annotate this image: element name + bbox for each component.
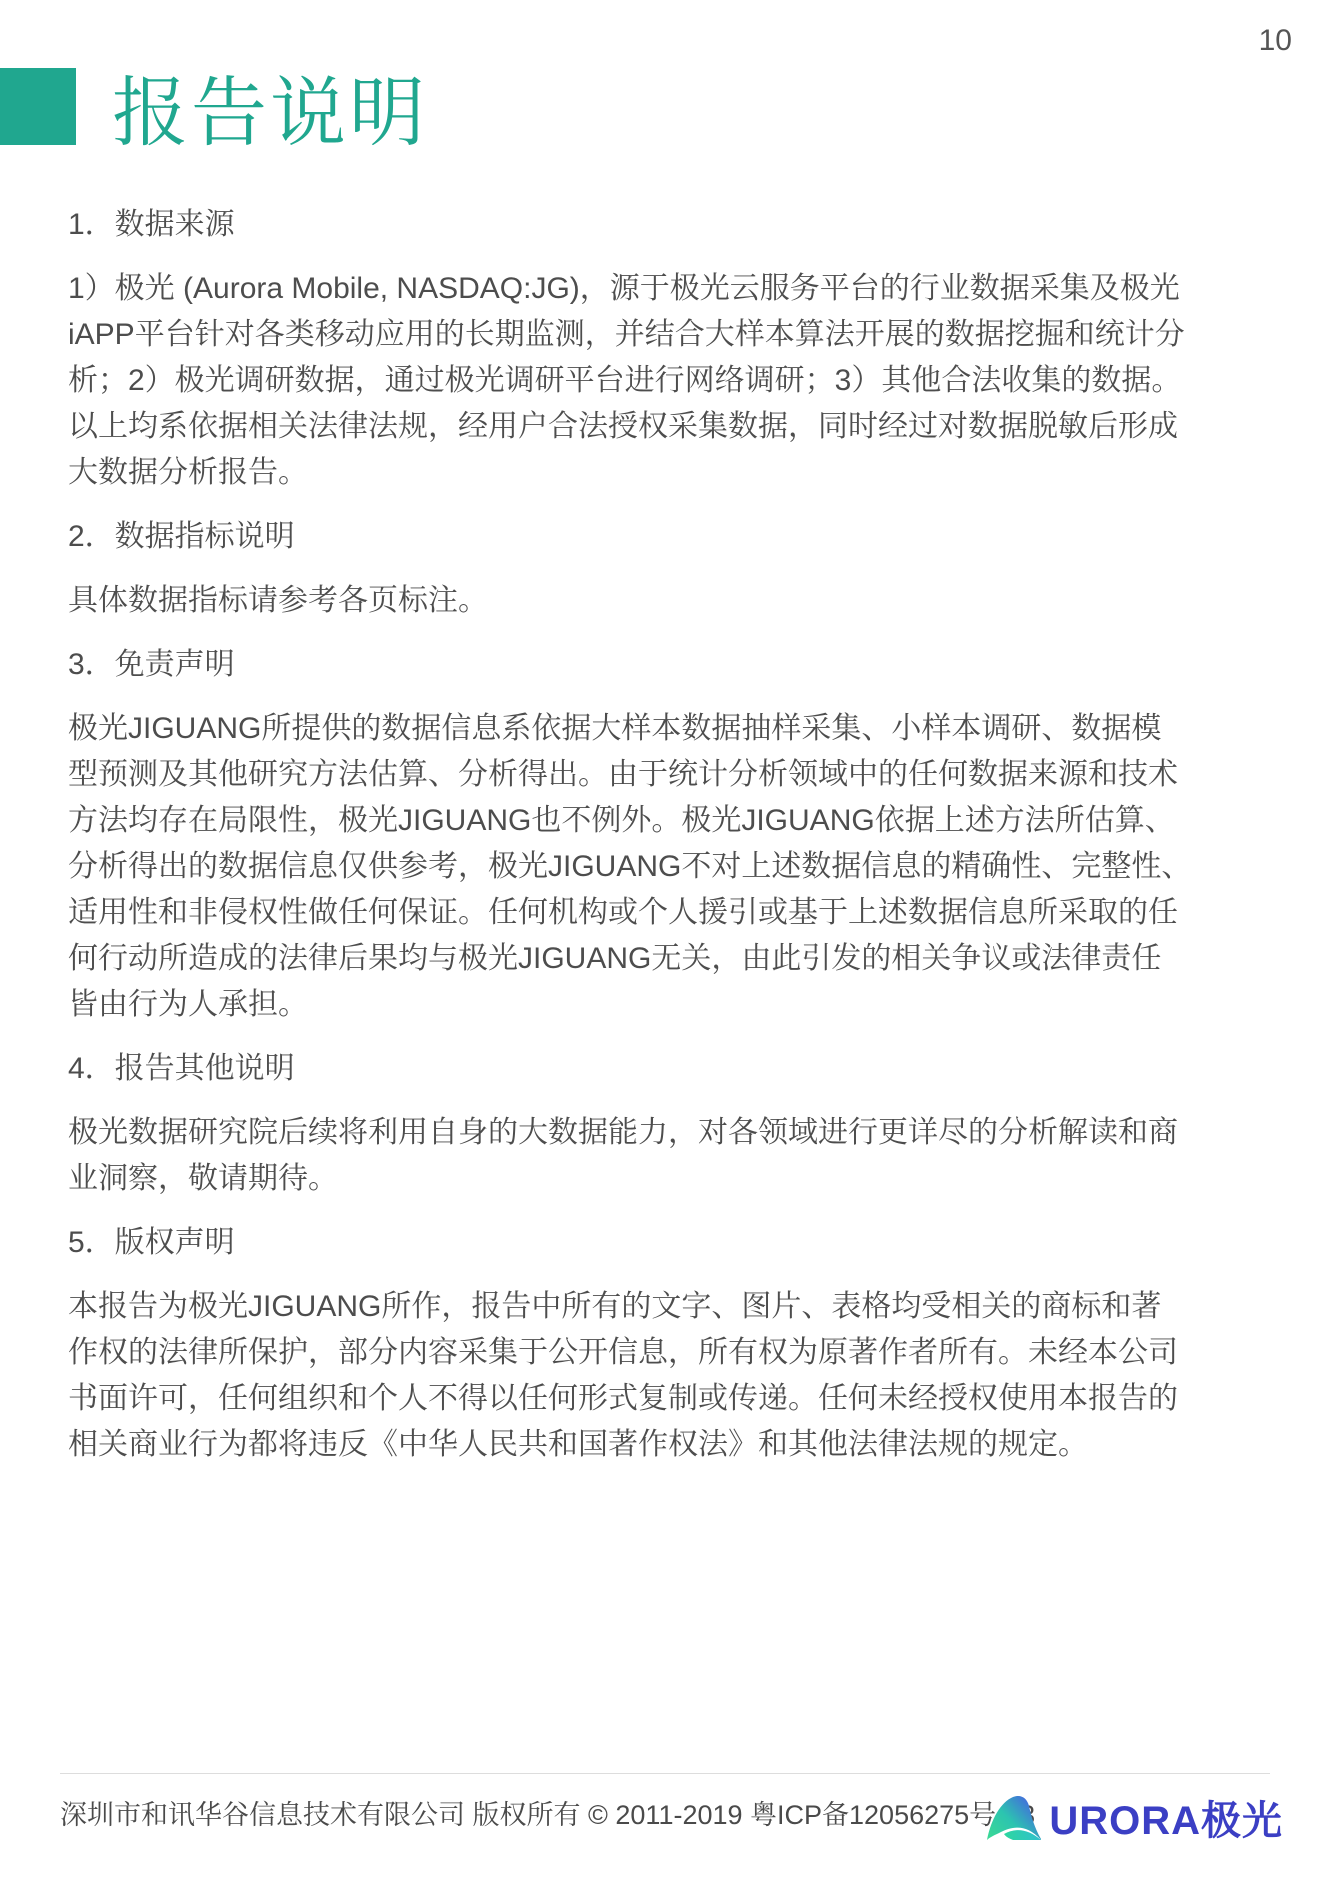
paragraph-disclaimer: 极光JIGUANG所提供的数据信息系依据大样本数据抽样采集、小样本调研、数据模 … — [68, 706, 1078, 1028]
paragraph-other-notes: 极光数据研究院后续将利用自身的大数据能力，对各领域进行更详尽的分析解读和商 业洞… — [68, 1110, 1078, 1202]
section-heading-disclaimer: 3．免责声明 — [68, 642, 1078, 688]
page-title: 报告说明 — [112, 70, 428, 158]
aurora-logo-text: URORA极光 — [1049, 1789, 1283, 1846]
report-page: 10 报告说明 1．数据来源 1）极光 (Aurora Mobile, NASD… — [0, 0, 1330, 1883]
section-heading-data-metrics: 2．数据指标说明 — [68, 514, 1078, 560]
paragraph-copyright-statement: 本报告为极光JIGUANG所作，报告中所有的文字、图片、表格均受相关的商标和著 … — [68, 1284, 1078, 1468]
footer-divider — [60, 1773, 1270, 1774]
section-heading-data-source: 1．数据来源 — [68, 202, 1078, 248]
section-heading-other-notes: 4．报告其他说明 — [68, 1046, 1078, 1092]
paragraph-data-source: 1）极光 (Aurora Mobile, NASDAQ:JG)，源于极光云服务平… — [68, 266, 1078, 496]
section-heading-copyright-statement: 5．版权声明 — [68, 1220, 1078, 1266]
title-accent-square — [0, 68, 76, 145]
page-number: 10 — [1259, 24, 1292, 58]
aurora-logo: URORA极光 — [983, 1789, 1283, 1846]
aurora-logo-mark-icon — [983, 1793, 1043, 1843]
report-body: 1．数据来源 1）极光 (Aurora Mobile, NASDAQ:JG)，源… — [68, 202, 1078, 1486]
paragraph-data-metrics: 具体数据指标请参考各页标注。 — [68, 578, 1078, 624]
footer-copyright: 深圳市和讯华谷信息技术有限公司 版权所有 © 2011-2019 粤ICP备12… — [60, 1797, 1035, 1833]
